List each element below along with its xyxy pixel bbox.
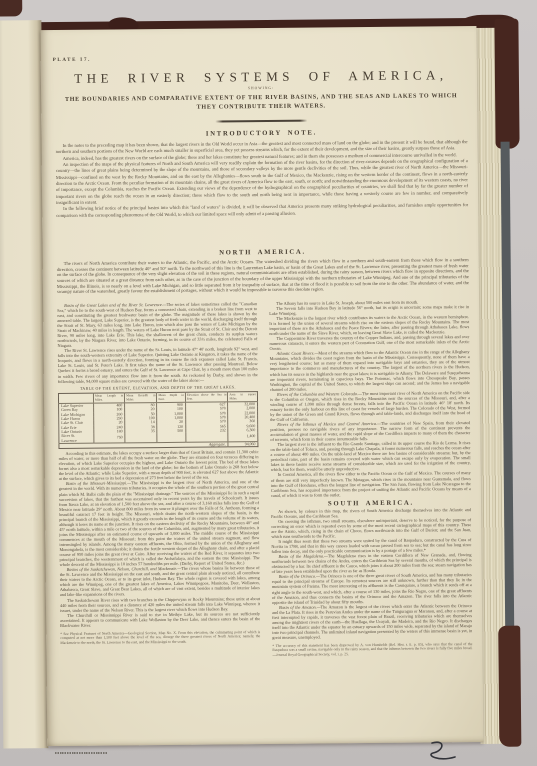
great-lakes-table-block: TABLE OF THE EXTENT, ELEVATION, AND DEPT… [58,385,259,449]
table-col-header: Mean Depth in Feet. [157,392,185,402]
left-column-text-after-table: According to this estimate, the lakes oc… [58,449,260,628]
right-column-text: The Albany has its source in Lake St. Jo… [269,299,471,498]
page-content: PLATE 17. THE RIVER SYSTEMS OF AMERICA, … [40,26,483,746]
table-aggregate-row: Aggregate.94,060 [59,441,258,448]
north-america-heading: NORTH AMERICA. [57,247,469,258]
subtitle: THE BOUNDARIES AND COMPARATIVE EXTENT OF… [55,92,467,113]
paragraph: The rivers of North America contribute t… [57,257,469,295]
paragraph: According to this estimate, the lakes oc… [58,449,258,481]
south-america-paragraphs: As shown, by colours in this map, the ri… [271,507,472,640]
page-title: THE RIVER SYSTEMS OF AMERICA, [55,68,467,86]
handwritten-mark [424,740,466,764]
scan-imprint-mark [55,752,107,754]
great-lakes-table: Mean Length in Miles.Mean Breadth in Mil… [58,391,259,449]
paragraph: Rivers of the Columbia and Western Color… [270,390,470,422]
table-col-header [58,393,93,403]
paragraph: The Mackenzie is the largest river which… [269,314,469,336]
book-cover-right-bottom [498,626,521,747]
paragraph: Basin of the Amazon.—The Amazon is the l… [272,603,472,640]
page-header: THE RIVER SYSTEMS OF AMERICA, SHOWING: T… [55,68,467,113]
plate-label: PLATE 17. [53,58,91,63]
table-col-header: Mean Length in Miles. [93,393,124,403]
page: PLATE 17. THE RIVER SYSTEMS OF AMERICA, … [40,26,483,746]
paragraph: Basins of the Saskatchewan, Nelson, Chur… [60,565,260,597]
paragraph: Rivers of the Isthmus of Mexico and Cent… [270,420,470,442]
table-col-header: Elevation above the Sea in Feet. [185,392,228,402]
paragraph: Atlantic Coast Rivers.—Most of the strea… [270,349,470,391]
table-col-header: Mean Breadth in Miles. [125,393,157,403]
left-column-text-before-table: Basin of the Great Lakes and of the Rive… [57,301,258,384]
right-column: The Albany has its source in Lake St. Jo… [269,299,473,708]
paragraph: The largest river is the influent to the… [270,440,470,472]
paragraph: The River St. Lawrence rises under the n… [58,346,258,383]
paragraph: On crossing the isthmus, two small strea… [271,517,471,539]
south-america-heading: SOUTH AMERICA. [271,500,471,507]
divider-rule [215,120,307,123]
paragraph: An inspection of the maps of the physica… [56,158,468,206]
intro-heading: INTRODUCTORY NOTE. [55,128,467,139]
table-col-header: Area in square Miles. [228,392,258,402]
paragraph: In Central America, all the rivers flow … [271,471,471,498]
book-cover-right-top [494,19,519,149]
paragraph: The Churchill or Missinnippi River is sa… [60,611,260,628]
paragraph: Basin of the Orinoco.—The Orinoco is one… [272,572,472,604]
left-column: Basin of the Great Lakes and of the Rive… [57,301,261,710]
left-footnote: * See Physical Features of North America… [60,630,260,645]
right-footnote: * The accuracy of this statement has bee… [272,642,472,657]
north-america-paragraphs: The rivers of North America contribute t… [57,257,469,298]
paragraph: Basin of the Missouri-Mississippi.—The M… [59,480,260,568]
paragraph: Basin of the Great Lakes and of the Rive… [57,301,257,348]
book-binding-corner [0,0,22,17]
paragraph: In the following brief notice of the pri… [56,202,468,219]
paragraph: Basin of the Magdalena.—The Magdalena ri… [271,552,471,574]
intro-paragraphs: In the notes to the preceding map it has… [56,139,469,246]
text-columns: Basin of the Great Lakes and of the Rive… [57,299,473,710]
book: PLATE 17. THE RIVER SYSTEMS OF AMERICA, … [0,0,537,766]
scanned-atlas-page: PLATE 17. THE RIVER SYSTEMS OF AMERICA, … [0,0,537,766]
